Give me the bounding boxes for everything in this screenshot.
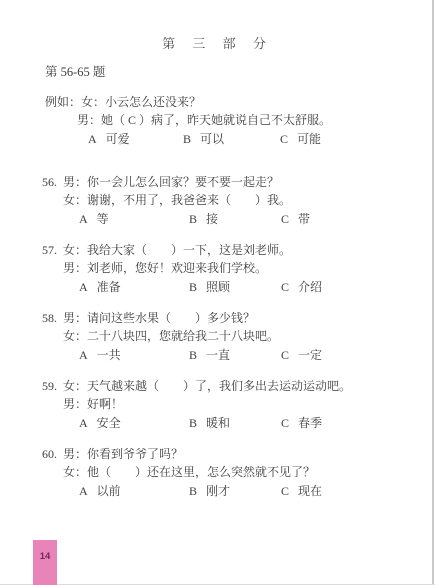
option-text: 以前 — [97, 484, 121, 498]
option-text: 现在 — [298, 484, 322, 498]
example-options-row: A可爱 B可以 C可能 — [45, 130, 435, 148]
option-a: A一共 — [79, 346, 121, 363]
example-option-a: A可爱 — [88, 130, 130, 147]
option-letter: B — [189, 416, 197, 430]
option-letter: C — [281, 348, 289, 362]
option-a: A准备 — [79, 278, 121, 295]
question-59: 59.女：天气越来越（ ）了，我们多出去运动运动吧。 男：好啊！ A安全 B暖和… — [42, 377, 435, 432]
option-letter: A — [79, 348, 88, 362]
option-letter: A — [79, 212, 88, 226]
example-label: 例如： — [45, 95, 81, 109]
dialogue-line-2: 女：谢谢，不用了，我爸爸来（ ）我。 — [63, 191, 435, 209]
exam-page: 第 三 部 分 第 56-65 题 例如：女：小云怎么还没来？ 男：她（ C ）… — [0, 0, 435, 585]
option-letter: B — [189, 348, 197, 362]
dialogue-line-2: 女：二十八块四，您就给我二十八块吧。 — [63, 327, 435, 345]
option-letter: A — [88, 132, 97, 146]
options-row: A等 B接 C带 — [42, 210, 435, 228]
dialogue-line-1: 女：我给大家（ ）一下，这是刘老师。 — [63, 241, 291, 259]
options-row: A准备 B照顾 C介绍 — [42, 278, 435, 296]
question-number: 57. — [42, 241, 63, 259]
option-letter: A — [79, 484, 88, 498]
option-letter: C — [281, 416, 289, 430]
dialogue-line-1: 男：你看到爷爷了吗？ — [63, 445, 183, 463]
option-c: C一定 — [281, 346, 322, 363]
dialogue-line-1: 男：你一会儿怎么回家？要不要一起走？ — [63, 173, 279, 191]
option-letter: C — [280, 132, 288, 146]
option-b: B暖和 — [189, 414, 230, 431]
option-text: 介绍 — [298, 280, 322, 294]
option-text: 可能 — [297, 132, 321, 146]
question-line-1: 57.女：我给大家（ ）一下，这是刘老师。 — [42, 241, 435, 259]
option-letter: B — [189, 280, 197, 294]
option-text: 一定 — [298, 348, 322, 362]
question-number: 59. — [42, 377, 63, 395]
option-a: A安全 — [79, 414, 121, 431]
options-row: A安全 B暖和 C春季 — [42, 414, 435, 432]
option-b: B一直 — [189, 346, 230, 363]
question-list: 56.男：你一会儿怎么回家？要不要一起走？ 女：谢谢，不用了，我爸爸来（ ）我。… — [0, 173, 435, 500]
option-letter: A — [79, 280, 88, 294]
question-58: 58.男：请问这些水果（ ）多少钱？ 女：二十八块四，您就给我二十八块吧。 A一… — [42, 309, 435, 364]
option-text: 暖和 — [206, 416, 230, 430]
option-letter: C — [281, 280, 289, 294]
option-text: 可爱 — [106, 132, 130, 146]
section-title: 第 三 部 分 — [0, 33, 435, 52]
option-text: 一共 — [97, 348, 121, 362]
question-number: 58. — [42, 309, 63, 327]
option-b: B接 — [189, 210, 218, 227]
option-text: 准备 — [97, 280, 121, 294]
option-b: B刚才 — [189, 482, 230, 499]
question-number: 56. — [42, 173, 63, 191]
option-b: B照顾 — [189, 278, 230, 295]
page-number-tab: 14 — [33, 540, 57, 585]
option-a: A等 — [79, 210, 109, 227]
question-57: 57.女：我给大家（ ）一下，这是刘老师。 男：刘老师，您好！欢迎来我们学校。 … — [42, 241, 435, 296]
option-text: 安全 — [97, 416, 121, 430]
dialogue-line-1: 男：请问这些水果（ ）多少钱？ — [63, 309, 255, 327]
example-dialogue-line-1: 女：小云怎么还没来？ — [81, 95, 201, 109]
dialogue-line-2: 男：好啊！ — [63, 395, 435, 413]
option-letter: C — [281, 212, 289, 226]
question-number: 60. — [42, 445, 63, 463]
option-letter: A — [79, 416, 88, 430]
example-option-b: B可以 — [183, 130, 224, 147]
example-option-c: C可能 — [280, 130, 321, 147]
option-c: C介绍 — [281, 278, 322, 295]
question-range-heading: 第 56-65 题 — [45, 62, 435, 80]
options-row: A一共 B一直 C一定 — [42, 346, 435, 364]
question-56: 56.男：你一会儿怎么回家？要不要一起走？ 女：谢谢，不用了，我爸爸来（ ）我。… — [42, 173, 435, 228]
option-a: A以前 — [79, 482, 121, 499]
page-number: 14 — [40, 551, 51, 562]
dialogue-line-2: 男：刘老师，您好！欢迎来我们学校。 — [63, 259, 435, 277]
option-text: 照顾 — [206, 280, 230, 294]
option-text: 刚才 — [206, 484, 230, 498]
question-line-1: 59.女：天气越来越（ ）了，我们多出去运动运动吧。 — [42, 377, 435, 395]
question-line-1: 56.男：你一会儿怎么回家？要不要一起走？ — [42, 173, 435, 191]
option-text: 带 — [298, 212, 310, 226]
option-text: 可以 — [200, 132, 224, 146]
question-line-1: 58.男：请问这些水果（ ）多少钱？ — [42, 309, 435, 327]
option-letter: B — [189, 484, 197, 498]
option-letter: B — [189, 212, 197, 226]
question-line-1: 60.男：你看到爷爷了吗？ — [42, 445, 435, 463]
option-text: 一直 — [206, 348, 230, 362]
dialogue-line-2: 女：他（ ）还在这里，怎么突然就不见了？ — [63, 463, 435, 481]
option-text: 春季 — [298, 416, 322, 430]
options-row: A以前 B刚才 C现在 — [42, 482, 435, 500]
option-letter: B — [183, 132, 191, 146]
option-c: C带 — [281, 210, 310, 227]
option-text: 接 — [206, 212, 218, 226]
question-60: 60.男：你看到爷爷了吗？ 女：他（ ）还在这里，怎么突然就不见了？ A以前 B… — [42, 445, 435, 500]
option-text: 等 — [97, 212, 109, 226]
option-c: C春季 — [281, 414, 322, 431]
option-letter: C — [281, 484, 289, 498]
example-line-1: 例如：女：小云怎么还没来？ — [45, 93, 435, 111]
example-block: 例如：女：小云怎么还没来？ 男：她（ C ）病了，昨天她就说自己不太舒服。 A可… — [45, 93, 435, 148]
example-dialogue-line-2: 男：她（ C ）病了，昨天她就说自己不太舒服。 — [77, 111, 435, 129]
dialogue-line-1: 女：天气越来越（ ）了，我们多出去运动运动吧。 — [63, 377, 351, 395]
option-c: C现在 — [281, 482, 322, 499]
